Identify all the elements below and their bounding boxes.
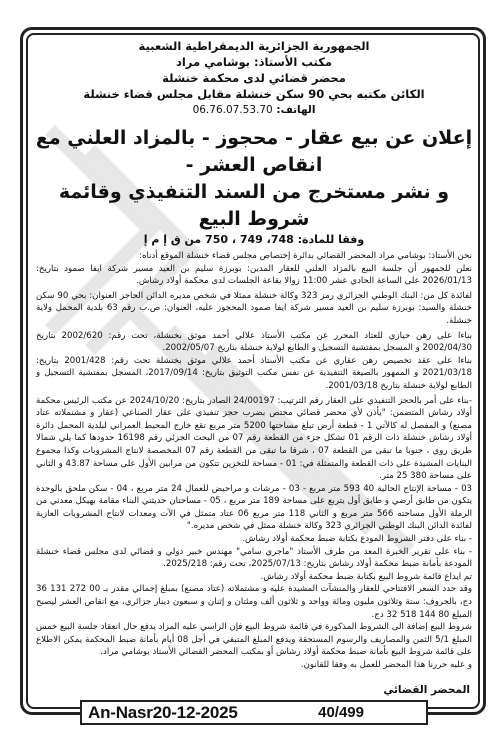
paragraph-auction-date: نعلن للجمهور أن جلسة البيع بالمزاد العلن…	[36, 263, 472, 288]
paragraph-starting-price: وقد حدد السعر الافتتاحي للعقار والمنشآت …	[36, 583, 472, 621]
office-name: مكتب الأستاذ: بوشامي مراد	[34, 54, 474, 70]
bailiff-signature: المحضر القضائي	[34, 684, 474, 696]
notice-title-line-2: و نشر مستخرج من السند التنفيذي وقائمة شر…	[34, 179, 474, 233]
notice-body: نحن الأستاذ: بوشامي مراد المحضر القضائي …	[34, 250, 474, 672]
paragraph-seizure-order: -بناء على أمر بالحجز التنفيذي على العقار…	[36, 395, 472, 483]
phone-number: 06.76.07.53.70	[193, 104, 273, 116]
phone-label: الهاتف:	[273, 104, 316, 116]
notice-subtitle-articles: وفقا للمادة: 748، 749 ، 750 من ق إ م إ	[34, 233, 474, 247]
paragraph-intro: نحن الأستاذ: بوشامي مراد المحضر القضائي …	[36, 250, 472, 263]
publication-date: An-Nasr20-12-2025	[88, 703, 238, 723]
paragraph-closing: و عليه حررنا هذا المحضر للعمل به وفقا لل…	[36, 659, 472, 672]
paragraph-expert-report: - بناء على تقرير الخبرة المعد من طرف الأ…	[36, 546, 472, 571]
paragraph-property-details: 03 - مساحة الإنتاج الحالية 40 593 متر مر…	[36, 483, 472, 533]
paragraph-mortgage: بناءا على عقد تخصيص رهن عقاري عن مكتب ال…	[36, 355, 472, 393]
letterhead: الجمهورية الجزائرية الديمقراطية الشعبية …	[34, 38, 474, 117]
paragraph-pledge: بناءا على رهن حيازي للعتاد المحرر عن مكت…	[36, 330, 472, 355]
publication-footer: An-Nasr20-12-2025 40/499	[80, 700, 428, 725]
office-address: الكائن مكتبه بحي 90 سكن خنشلة مقابل مجلس…	[34, 86, 474, 102]
publication-ref: 40/499	[318, 704, 364, 721]
legal-notice: الجمهورية الجزائرية الديمقراطية الشعبية …	[34, 38, 474, 696]
paragraph-conditions-book: - بناء على دفتر الشروط المودع بكتابة ضبط…	[36, 533, 472, 546]
paragraph-parties: لفائدة كل من: البنك الوطني الجزائري رمز …	[36, 290, 472, 328]
phone-line: الهاتف: 06.76.07.53.70	[34, 103, 474, 117]
paragraph-deposit: تم ايداع قائمة شروط البيع بكتابة ضبط محك…	[36, 571, 472, 584]
notice-title-line-1: إعلان عن بيع عقار - محجوز - بالمزاد العل…	[34, 125, 474, 179]
republic-name: الجمهورية الجزائرية الديمقراطية الشعبية	[34, 38, 474, 54]
bailiff-court: محضر قضائي لدى محكمة خنشلة	[34, 70, 474, 86]
paragraph-sale-conditions: شروط البيع إضافة الى الشروط المذكورة في …	[36, 621, 472, 659]
